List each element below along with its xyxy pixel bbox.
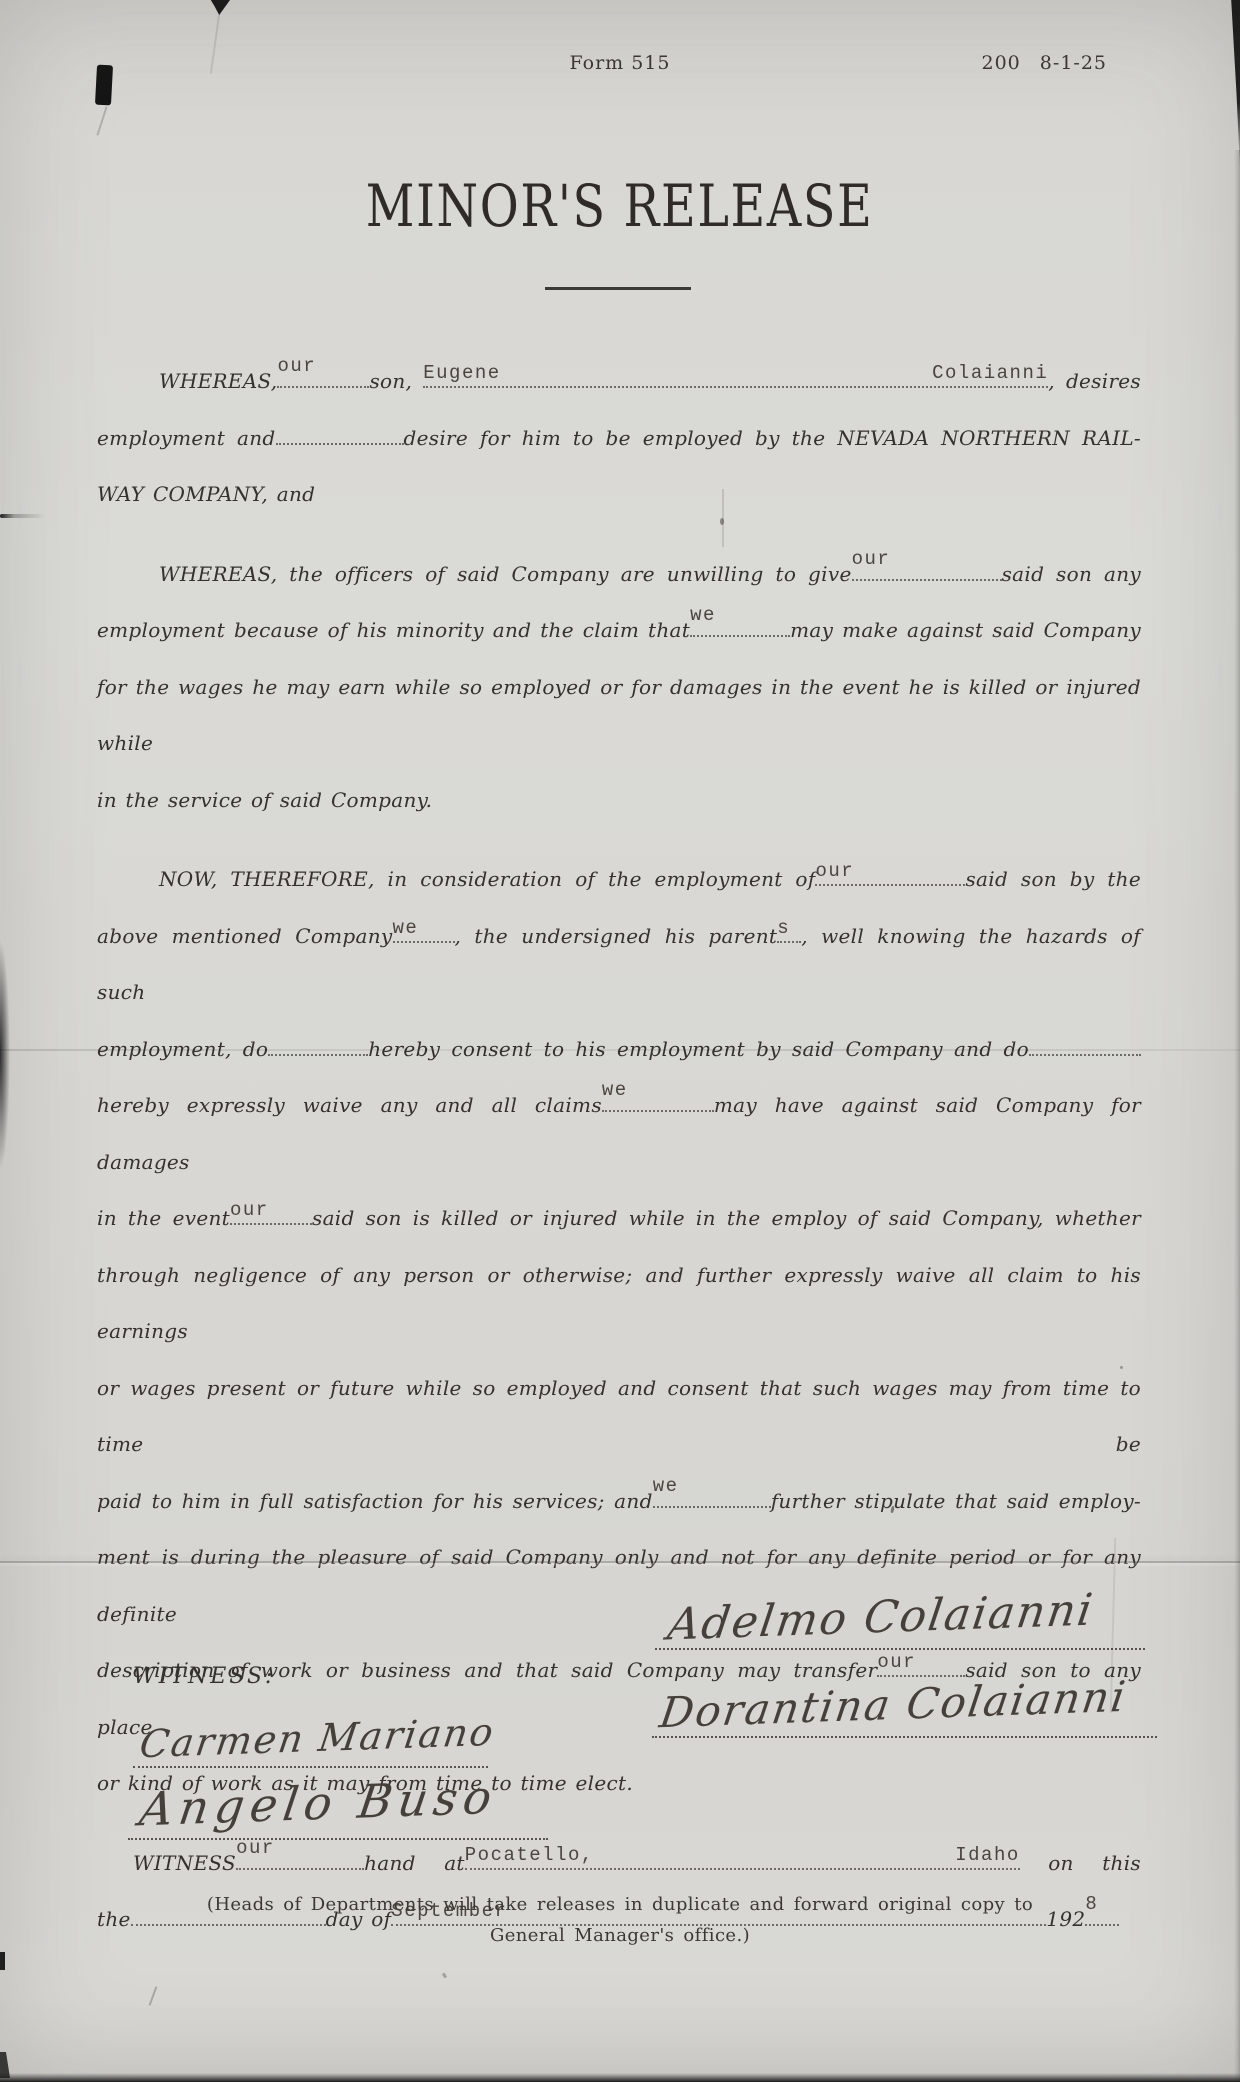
- printed-text: hereby consent to his employment by said…: [368, 1037, 1029, 1061]
- top-right-corner-shadow: [1224, 0, 1240, 170]
- form-revision-code: 200 8-1-25: [982, 52, 1108, 74]
- paragraph3-line5: in the eventoursaid son is killed or inj…: [97, 1190, 1141, 1247]
- document-title: MINOR'S RELEASE: [0, 172, 1240, 240]
- printed-text: in the event: [97, 1206, 230, 1230]
- fillin-blank-son-pronoun: our: [277, 364, 369, 388]
- printed-text: WITNESS: [133, 1851, 236, 1875]
- printed-text: through negligence of any person or othe…: [97, 1263, 1141, 1344]
- printed-text: may make against said Company: [790, 618, 1141, 642]
- fillin-blank-give-pronoun: our: [852, 557, 1002, 581]
- witness1-signature-line: [133, 1766, 488, 1768]
- fillin-blank-witness-pronoun: our: [236, 1846, 364, 1870]
- paper-speck: [442, 1973, 447, 1979]
- fillin-blank-claims-pronoun: we: [602, 1088, 714, 1112]
- fillin-blank-claim-pronoun: we: [690, 613, 790, 637]
- printed-text: said son is killed or injured while in t…: [312, 1206, 1141, 1230]
- footer-note-line2: General Manager's office.): [0, 1920, 1240, 1951]
- paragraph3-line1: NOW, THEREFORE, in consideration of the …: [97, 851, 1141, 908]
- footer-note-line1: (Heads of Departments will take releases…: [0, 1889, 1240, 1920]
- printed-text: employment and: [97, 426, 276, 450]
- paragraph3-line3: employment, dohereby consent to his empl…: [97, 1021, 1141, 1078]
- paragraph1-line3: WAY COMPANY, and: [97, 466, 1141, 523]
- printed-text: son,: [369, 369, 412, 393]
- paragraph1-line2: employment anddesire for him to be emplo…: [97, 410, 1141, 467]
- printed-text: desire for him to be employed by the NEV…: [404, 426, 1141, 450]
- paragraph2-line4: in the service of said Company.: [97, 772, 1141, 829]
- typed-entry: our: [236, 1839, 364, 1858]
- left-paper-edge-shadow: [0, 940, 10, 1170]
- paragraph2-line2: employment because of his minority and t…: [97, 602, 1141, 659]
- left-edge-pen-tick: [0, 514, 48, 518]
- typed-entry: our: [815, 862, 965, 881]
- paragraph1-line1: WHEREAS,ourson, Eugene Colaianni, desire…: [97, 353, 1141, 410]
- typed-entry: s: [777, 919, 801, 938]
- bottom-left-corner-shadow: [0, 2052, 10, 2078]
- printed-text: for the wages he may earn while so emplo…: [97, 675, 1141, 756]
- top-edge-tear-mark: [206, 0, 230, 15]
- printed-text: above mentioned Company: [97, 924, 393, 948]
- fillin-blank-parent-s: s: [777, 919, 801, 943]
- paragraph3-line4: hereby expressly waive any and all claim…: [97, 1077, 1141, 1190]
- printed-text: hereby expressly waive any and all claim…: [97, 1093, 602, 1117]
- paragraph2-line1: WHEREAS, the officers of said Company ar…: [97, 546, 1141, 603]
- printed-text: further stipulate that said employ-: [771, 1489, 1141, 1513]
- printed-text: NOW, THEREFORE, in consideration of the …: [159, 867, 815, 891]
- document-title-text: MINOR'S RELEASE: [366, 172, 874, 240]
- printed-text: said son by the: [965, 867, 1141, 891]
- printed-text: employment because of his minority and t…: [97, 618, 690, 642]
- paragraph3-line6: through negligence of any person or othe…: [97, 1247, 1141, 1360]
- fillin-blank-employment-pronoun: our: [815, 862, 965, 886]
- fillin-blank-place: Pocatello, Idaho: [465, 1846, 1020, 1870]
- typed-entry: our: [852, 550, 1002, 569]
- fillin-blank-son-name: Eugene Colaianni: [423, 364, 1048, 388]
- witness2-signature-line: [128, 1838, 548, 1840]
- footer-note: (Heads of Departments will take releases…: [0, 1889, 1240, 1951]
- fillin-blank-empty: [276, 421, 404, 445]
- typed-entry: Pocatello, Idaho: [465, 1846, 1020, 1865]
- title-divider-rule: [545, 287, 691, 290]
- fillin-blank-event-pronoun: our: [230, 1201, 312, 1225]
- printed-text: in the service of said Company.: [97, 788, 432, 812]
- paragraph3-line7: or wages present or future while so empl…: [97, 1360, 1141, 1473]
- ink-blot-scratch: [96, 106, 107, 135]
- printed-text: employment, do: [97, 1037, 268, 1061]
- printed-text: , desires: [1048, 369, 1141, 393]
- paragraph3-line2: above mentioned Companywe, the undersign…: [97, 908, 1141, 1021]
- printed-text: WAY COMPANY, and: [97, 482, 315, 506]
- fillin-blank-empty: [268, 1032, 368, 1056]
- printed-text: on this: [1048, 1851, 1141, 1875]
- witness-section-label: WITNESS:: [133, 1664, 275, 1689]
- typed-entry: we: [602, 1081, 714, 1100]
- printed-text: or wages present or future while so empl…: [97, 1376, 1141, 1457]
- fillin-blank-services-pronoun: we: [653, 1484, 771, 1508]
- fillin-blank-company-pronoun: we: [393, 919, 455, 943]
- printed-text: hand at: [364, 1851, 465, 1875]
- printed-text: paid to him in full satisfaction for his…: [97, 1489, 653, 1513]
- typed-entry: Eugene Colaianni: [423, 364, 1048, 383]
- paragraph2-line3: for the wages he may earn while so emplo…: [97, 659, 1141, 772]
- typed-entry: our: [230, 1201, 312, 1220]
- typed-entry: we: [653, 1477, 771, 1496]
- printed-text: WHEREAS,: [159, 369, 277, 393]
- fillin-blank-transfer-pronoun: our: [877, 1653, 965, 1677]
- witness-clause-line1: WITNESSourhand atPocatello, Idaho on thi…: [97, 1835, 1141, 1892]
- paragraph3-line8: paid to him in full satisfaction for his…: [97, 1473, 1141, 1530]
- right-paper-edge-shadow: [1234, 150, 1240, 2082]
- scanned-document-page: Form 515 200 8-1-25 MINOR'S RELEASE WHER…: [0, 0, 1240, 2082]
- typed-entry: we: [393, 919, 455, 938]
- printed-text: , the undersigned his parent: [455, 924, 778, 948]
- printed-text: said son any: [1002, 562, 1141, 586]
- typed-entry: our: [877, 1653, 965, 1672]
- typed-entry: we: [690, 606, 790, 625]
- fillin-blank-empty: [1029, 1032, 1141, 1056]
- parent2-signature-line: [652, 1736, 1157, 1738]
- printed-text: WHEREAS, the officers of said Company ar…: [159, 562, 852, 586]
- bottom-scan-edge: [0, 2073, 1240, 2082]
- typed-entry: our: [277, 357, 369, 376]
- paper-scratch: [149, 1986, 158, 2005]
- left-edge-dark-tick: [0, 1952, 5, 1970]
